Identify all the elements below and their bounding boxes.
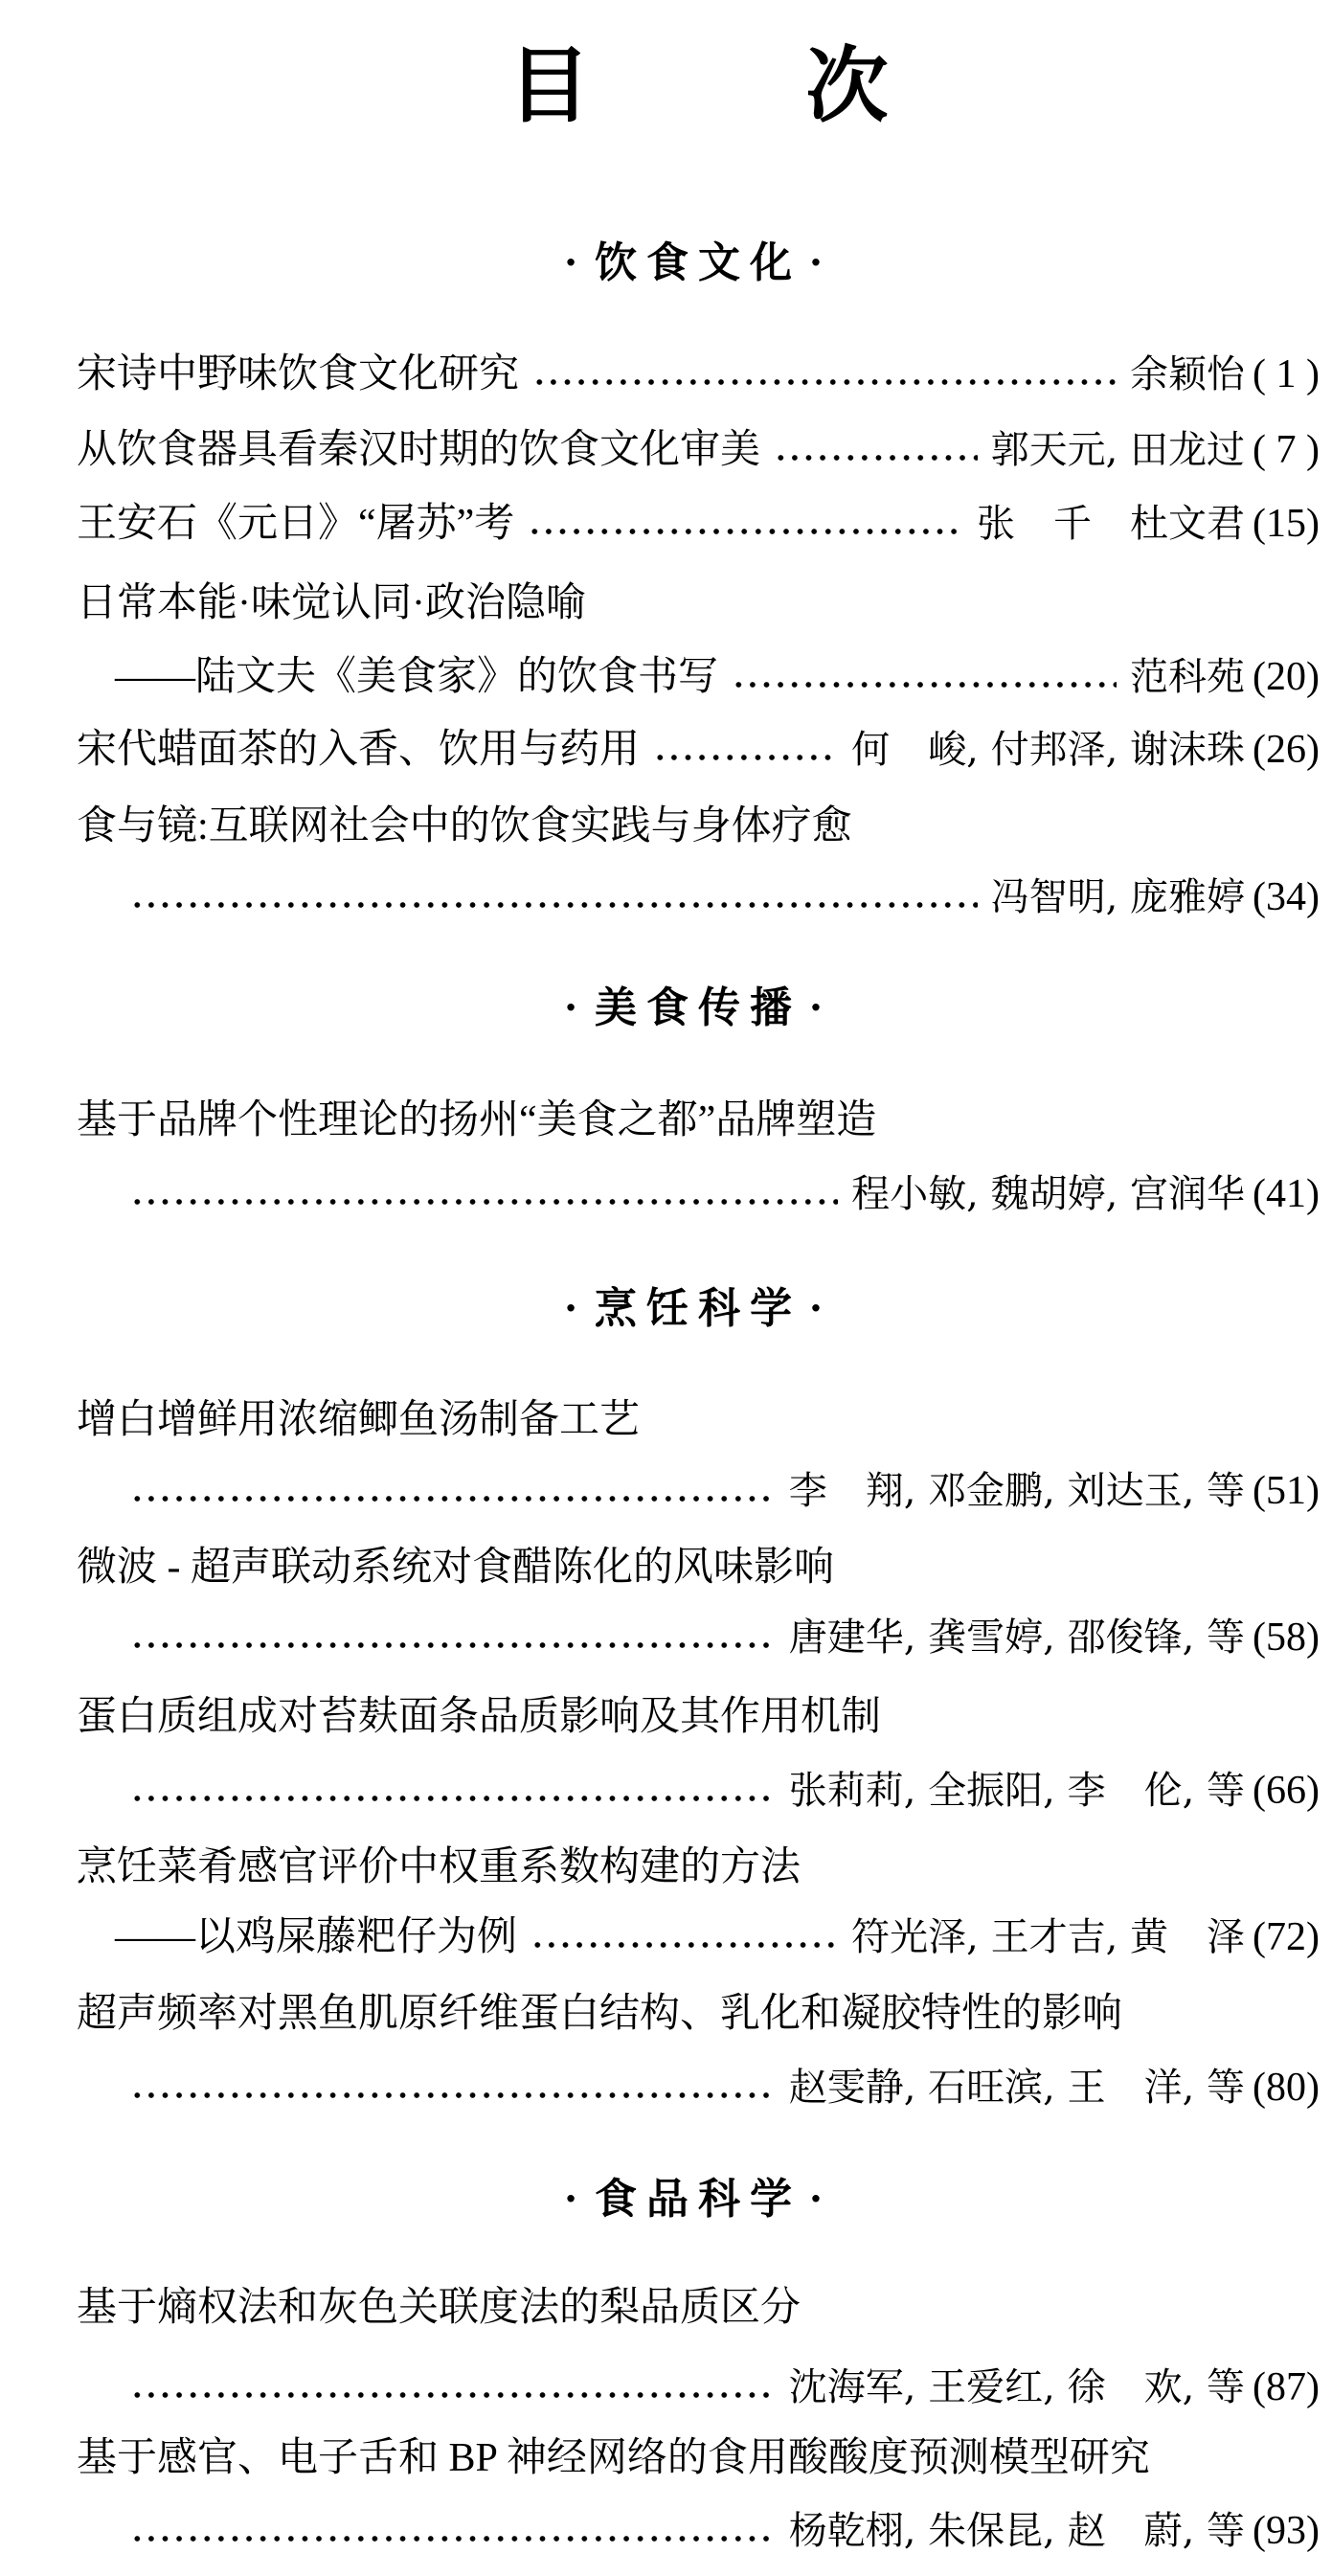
- entry-title: 从饮食器具看秦汉时期的饮食文化审美: [77, 421, 760, 479]
- section-header-food-communication: · 美食传播 ·: [77, 982, 1320, 1035]
- table-of-contents-page: 目 次 · 饮食文化 · 宋诗中野味饮食文化研究 余颖怡 ( 1 ) 从饮食器具…: [0, 0, 1332, 2576]
- toc-entry-continuation[interactable]: 冯智明, 庞雅婷 (34): [77, 869, 1320, 926]
- toc-entry[interactable]: 微波 - 超声联动系统对食醋陈化的风味影响: [77, 1539, 1320, 1596]
- dot-leader: [532, 346, 1117, 403]
- entry-page: ( 1 ): [1253, 346, 1320, 403]
- entry-title: 宋代蜡面茶的入香、饮用与药用: [77, 721, 640, 779]
- header-dot-icon: ·: [809, 237, 832, 290]
- entry-title: 烹饪菜肴感官评价中权重系数构建的方法: [77, 1839, 801, 1896]
- entry-authors: 张莉莉, 全振阳, 李 伦, 等: [789, 1762, 1245, 1819]
- entry-authors: 冯智明, 庞雅婷: [991, 869, 1245, 926]
- toc-entry[interactable]: 增白增鲜用浓缩鲫鱼汤制备工艺: [77, 1391, 1320, 1449]
- entry-title: 蛋白质组成对苔麸面条品质影响及其作用机制: [77, 1688, 881, 1746]
- header-dot-icon: ·: [564, 1282, 587, 1336]
- entry-authors: 郭天元, 田龙过: [991, 421, 1245, 479]
- dot-leader: [732, 648, 1117, 706]
- entry-title: 基于感官、电子舌和 BP 神经网络的食用酸酸度预测模型研究: [77, 2429, 1150, 2487]
- toc-entry-continuation[interactable]: 张莉莉, 全振阳, 李 伦, 等 (66): [77, 1762, 1320, 1819]
- entry-authors: 杨乾栩, 朱保昆, 赵 蔚, 等: [789, 2502, 1245, 2560]
- entry-title: 日常本能·味觉认同·政治隐喻: [77, 575, 586, 632]
- entry-title: 王安石《元日》“屠苏”考: [77, 495, 514, 553]
- toc-entry[interactable]: 基于品牌个性理论的扬州“美食之都”品牌塑造: [77, 1092, 1320, 1149]
- toc-entry[interactable]: 烹饪菜肴感官评价中权重系数构建的方法: [77, 1839, 1320, 1896]
- header-dot-icon: ·: [809, 2173, 832, 2226]
- entry-page: (26): [1253, 721, 1320, 779]
- header-dot-icon: ·: [564, 2173, 587, 2226]
- entry-page: (34): [1253, 869, 1320, 926]
- entry-authors: 张 千 杜文君: [977, 495, 1245, 553]
- entry-title: 宋诗中野味饮食文化研究: [77, 346, 519, 403]
- section-header-label: 食品科学: [595, 2173, 801, 2226]
- section-header-label: 烹饪科学: [595, 1282, 801, 1336]
- entry-authors: 何 峻, 付邦泽, 谢沫珠: [851, 721, 1245, 779]
- dot-leader: [130, 2502, 776, 2560]
- entry-subtitle: ——以鸡屎藤粑仔为例: [115, 1909, 517, 1966]
- toc-entry[interactable]: 宋诗中野味饮食文化研究 余颖怡 ( 1 ): [77, 346, 1320, 403]
- entry-authors: 唐建华, 龚雪婷, 邵俊锋, 等: [789, 1609, 1245, 1666]
- toc-entry-continuation[interactable]: 程小敏, 魏胡婷, 宫润华 (41): [77, 1165, 1320, 1223]
- header-dot-icon: ·: [564, 237, 587, 290]
- dot-leader: [653, 721, 838, 779]
- entry-title: 食与镜:互联网社会中的饮食实践与身体疗愈: [77, 798, 852, 855]
- entry-title: 增白增鲜用浓缩鲫鱼汤制备工艺: [77, 1391, 640, 1449]
- page-title-char-2: 次: [806, 42, 889, 130]
- entry-page: (80): [1253, 2059, 1320, 2116]
- dot-leader: [130, 1165, 838, 1223]
- entry-authors: 范科苑: [1130, 648, 1245, 706]
- entry-authors: 程小敏, 魏胡婷, 宫润华: [851, 1165, 1245, 1223]
- entry-page: (87): [1253, 2359, 1320, 2416]
- page-title: 目 次: [0, 42, 1332, 130]
- entry-page: (58): [1253, 1609, 1320, 1666]
- section-header-culinary-science: · 烹饪科学 ·: [77, 1282, 1320, 1336]
- entry-authors: 沈海军, 王爱红, 徐 欢, 等: [789, 2359, 1245, 2416]
- toc-entry[interactable]: 王安石《元日》“屠苏”考 张 千 杜文君 (15): [77, 495, 1320, 553]
- header-dot-icon: ·: [809, 1282, 832, 1336]
- entry-page: (51): [1253, 1462, 1320, 1520]
- section-header-food-science: · 食品科学 ·: [77, 2173, 1320, 2226]
- toc-entry-continuation[interactable]: ——陆文夫《美食家》的饮食书写 范科苑 (20): [77, 648, 1320, 706]
- toc-entry[interactable]: 超声频率对黑鱼肌原纤维蛋白结构、乳化和凝胶特性的影响: [77, 1985, 1320, 2043]
- entry-page: (93): [1253, 2502, 1320, 2560]
- toc-entry[interactable]: 基于熵权法和灰色关联度法的梨品质区分: [77, 2279, 1320, 2337]
- section-header-label: 饮食文化: [595, 237, 801, 290]
- entry-page: (72): [1253, 1909, 1320, 1966]
- toc-entry-continuation[interactable]: ——以鸡屎藤粑仔为例 符光泽, 王才吉, 黄 泽 (72): [77, 1909, 1320, 1966]
- toc-entry-continuation[interactable]: 杨乾栩, 朱保昆, 赵 蔚, 等 (93): [77, 2502, 1320, 2560]
- section-header-food-culture: · 饮食文化 ·: [77, 237, 1320, 290]
- dot-leader: [774, 421, 978, 479]
- toc-entry[interactable]: 食与镜:互联网社会中的饮食实践与身体疗愈: [77, 798, 1320, 855]
- entry-page: ( 7 ): [1253, 421, 1320, 479]
- entry-authors: 赵雯静, 石旺滨, 王 洋, 等: [789, 2059, 1245, 2116]
- toc-entry-continuation[interactable]: 赵雯静, 石旺滨, 王 洋, 等 (80): [77, 2059, 1320, 2116]
- dot-leader: [130, 2359, 776, 2416]
- dot-leader: [528, 495, 963, 553]
- entry-authors: 符光泽, 王才吉, 黄 泽: [851, 1909, 1245, 1966]
- toc-entry[interactable]: 宋代蜡面茶的入香、饮用与药用 何 峻, 付邦泽, 谢沫珠 (26): [77, 721, 1320, 779]
- entry-title: 基于品牌个性理论的扬州“美食之都”品牌塑造: [77, 1092, 876, 1149]
- dot-leader: [130, 2059, 776, 2116]
- entry-title: 基于熵权法和灰色关联度法的梨品质区分: [77, 2279, 801, 2337]
- dot-leader: [130, 869, 978, 926]
- toc-entry-continuation[interactable]: 唐建华, 龚雪婷, 邵俊锋, 等 (58): [77, 1609, 1320, 1666]
- header-dot-icon: ·: [564, 982, 587, 1035]
- entry-page: (41): [1253, 1165, 1320, 1223]
- entry-page: (15): [1253, 495, 1320, 553]
- entry-page: (20): [1253, 648, 1320, 706]
- dot-leader: [531, 1909, 838, 1966]
- toc-entry[interactable]: 日常本能·味觉认同·政治隐喻: [77, 575, 1320, 632]
- dot-leader: [130, 1462, 776, 1520]
- entry-authors: 李 翔, 邓金鹏, 刘达玉, 等: [789, 1462, 1245, 1520]
- entry-page: (66): [1253, 1762, 1320, 1819]
- toc-entry-continuation[interactable]: 沈海军, 王爱红, 徐 欢, 等 (87): [77, 2359, 1320, 2416]
- entry-title: 微波 - 超声联动系统对食醋陈化的风味影响: [77, 1539, 834, 1596]
- toc-entry-continuation[interactable]: 李 翔, 邓金鹏, 刘达玉, 等 (51): [77, 1462, 1320, 1520]
- entry-authors: 余颖怡: [1130, 346, 1245, 403]
- header-dot-icon: ·: [809, 982, 832, 1035]
- toc-entry[interactable]: 蛋白质组成对苔麸面条品质影响及其作用机制: [77, 1688, 1320, 1746]
- dot-leader: [130, 1609, 776, 1666]
- toc-entry[interactable]: 从饮食器具看秦汉时期的饮食文化审美 郭天元, 田龙过 ( 7 ): [77, 421, 1320, 479]
- toc-entry[interactable]: 基于感官、电子舌和 BP 神经网络的食用酸酸度预测模型研究: [77, 2429, 1320, 2487]
- entry-subtitle: ——陆文夫《美食家》的饮食书写: [115, 648, 718, 706]
- dot-leader: [130, 1762, 776, 1819]
- page-title-char-1: 目: [508, 42, 591, 130]
- entry-title: 超声频率对黑鱼肌原纤维蛋白结构、乳化和凝胶特性的影响: [77, 1985, 1122, 2043]
- section-header-label: 美食传播: [595, 982, 801, 1035]
